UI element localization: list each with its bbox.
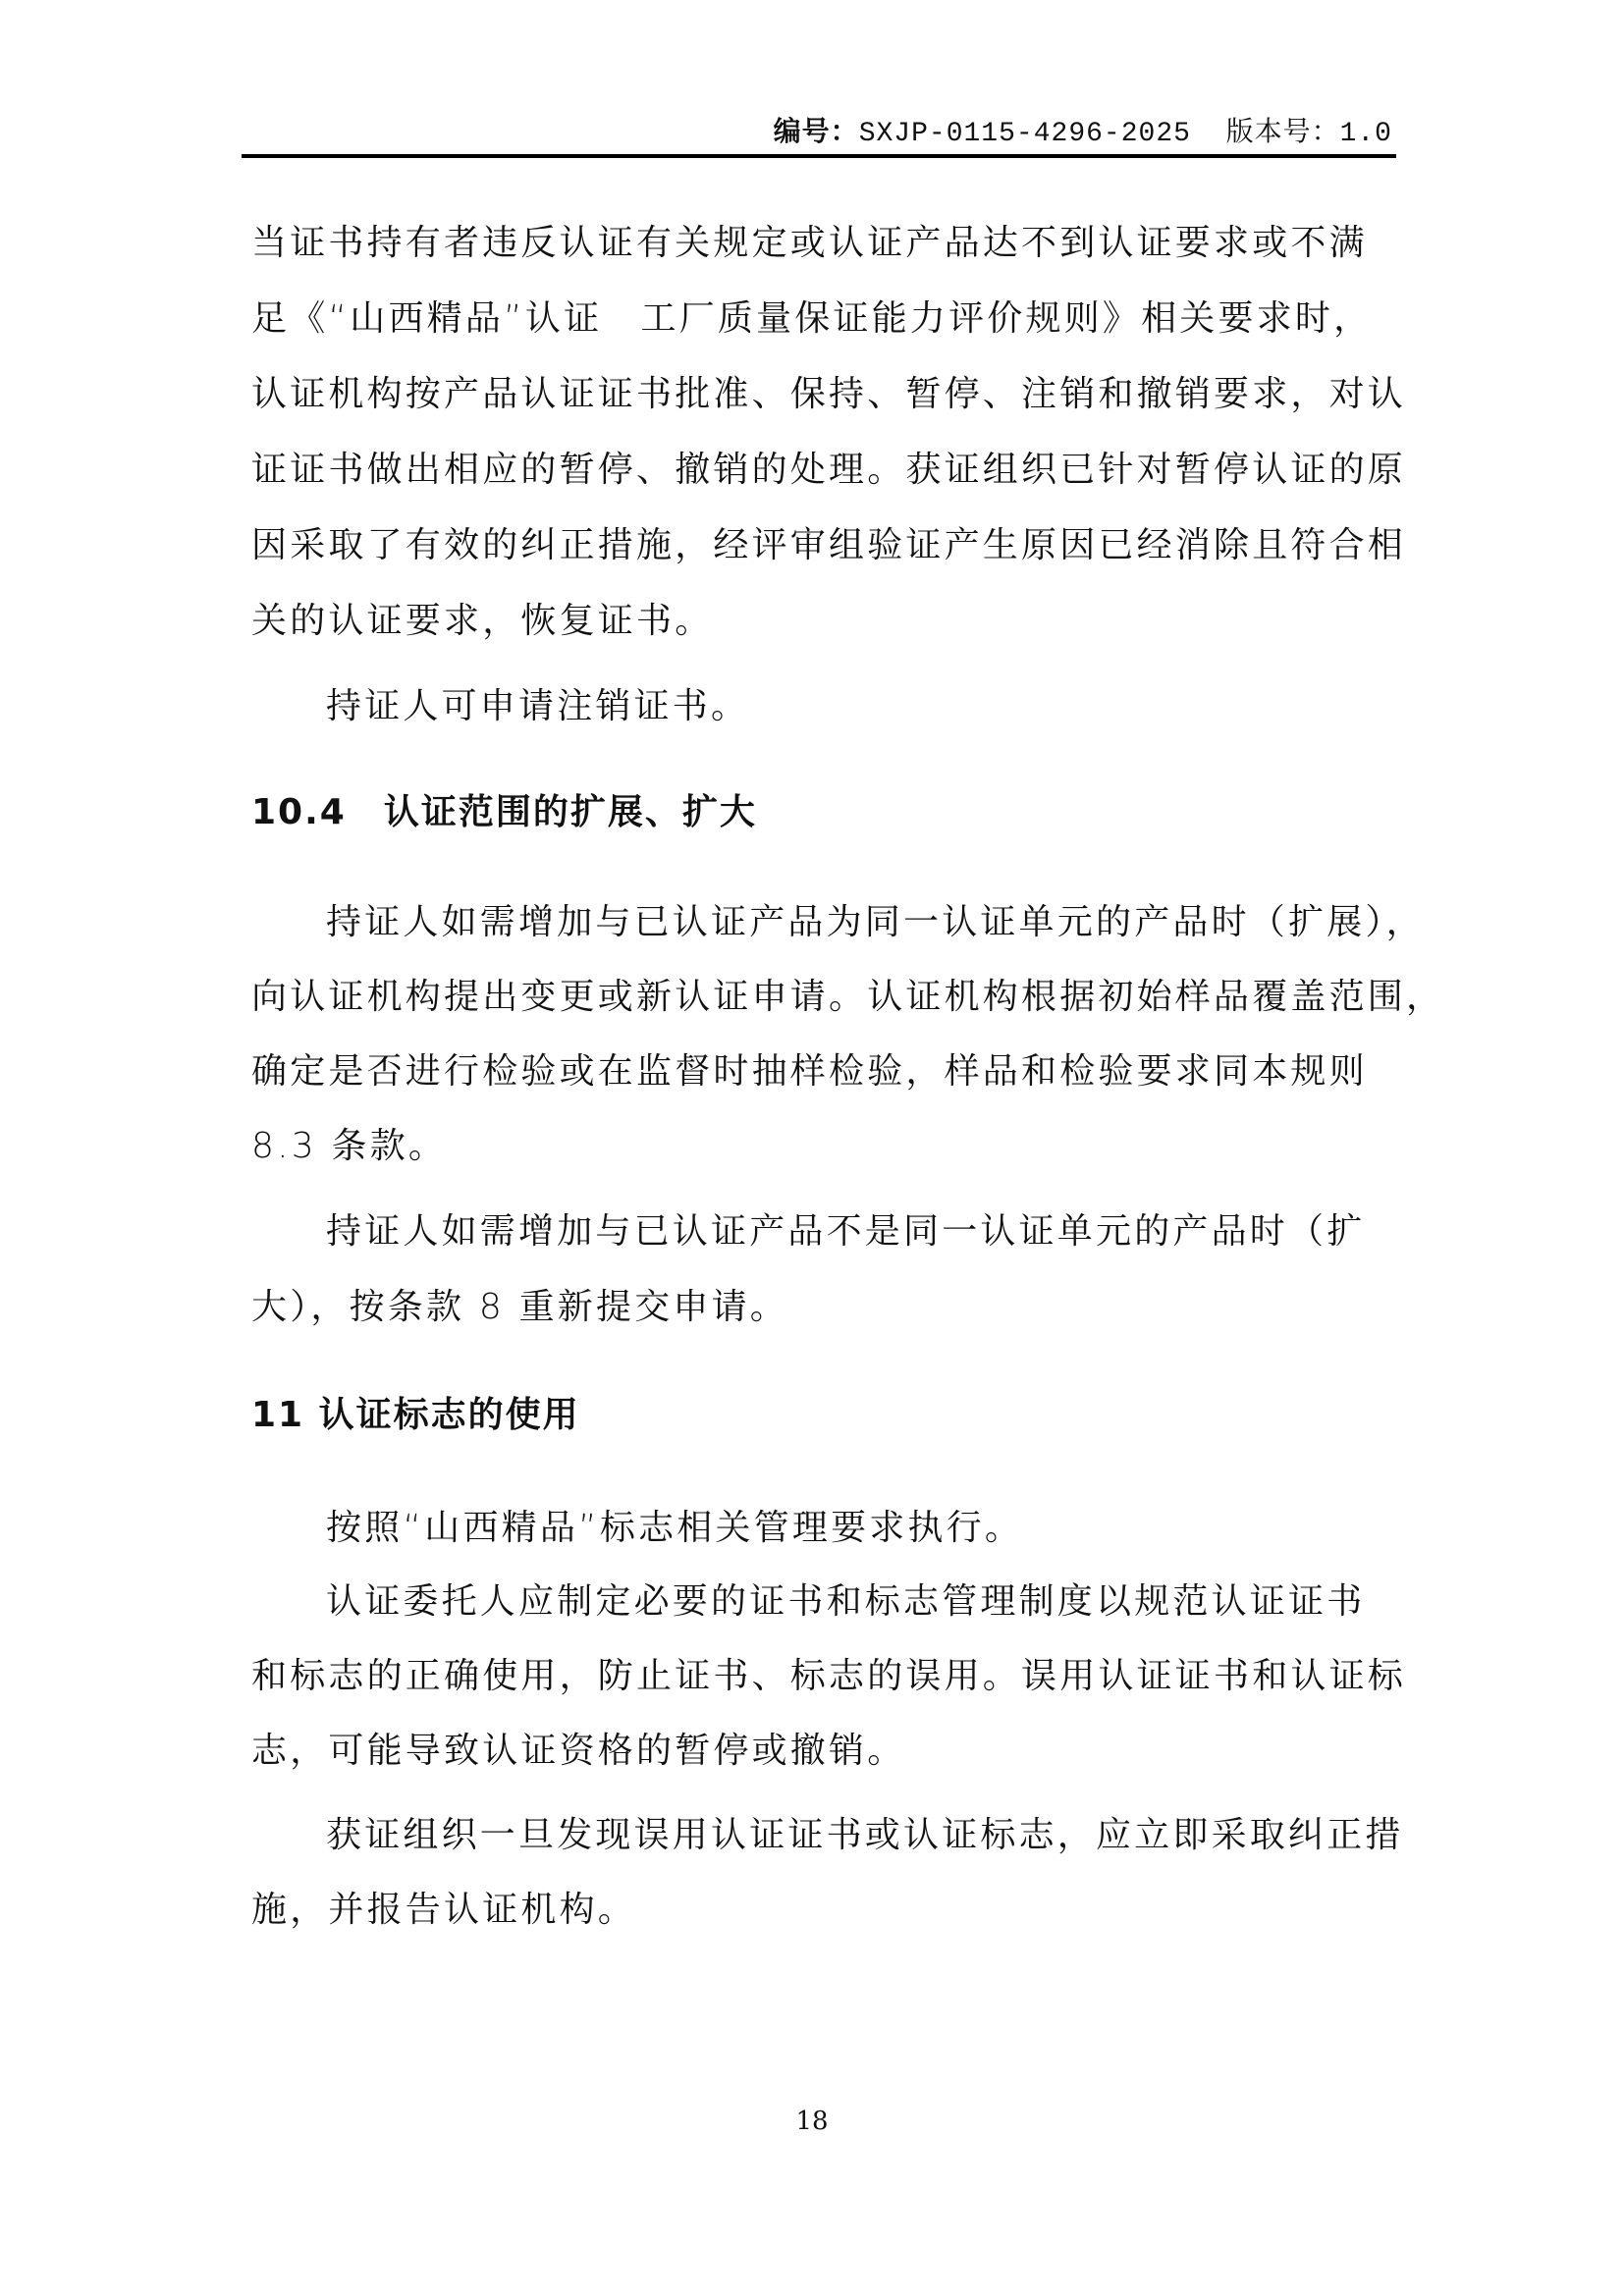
paragraph-line: 因采取了有效的纠正措施，经评审组验证产生原因已经消除且符合相 xyxy=(251,524,1406,567)
section-heading-11: 11 认证标志的使用 xyxy=(251,1394,580,1437)
paragraph-line: 认证机构按产品认证证书批准、保持、暂停、注销和撤销要求，对认 xyxy=(251,373,1406,416)
page-number: 18 xyxy=(0,2107,1624,2136)
paragraph-line: 确定是否进行检验或在监督时抽样检验，样品和检验要求同本规则 xyxy=(251,1050,1368,1094)
paragraph-line: 证证书做出相应的暂停、撤销的处理。获证组织已针对暂停认证的原 xyxy=(251,449,1406,492)
paragraph-line: 关的认证要求，恢复证书。 xyxy=(251,600,713,643)
paragraph-line: 大），按条款 8 重新提交申请。 xyxy=(251,1286,788,1329)
document-page: 编号：SXJP-0115-4296-2025 版本号：1.0 当证书持有者违反认… xyxy=(0,0,1624,2296)
document-header: 编号：SXJP-0115-4296-2025 版本号：1.0 xyxy=(774,110,1392,149)
paragraph-line: 志，可能导致认证资格的暂停或撤销。 xyxy=(251,1730,905,1773)
paragraph-line: 当证书持有者违反认证有关规定或认证产品达不到认证要求或不满 xyxy=(251,222,1368,265)
paragraph-line: 8.3 条款。 xyxy=(251,1125,447,1168)
paragraph-line: 持证人可申请注销证书。 xyxy=(326,685,749,728)
paragraph-line: 和标志的正确使用，防止证书、标志的误用。误用认证证书和认证标 xyxy=(251,1655,1406,1698)
doc-number-value: SXJP-0115-4296-2025 xyxy=(859,119,1191,149)
paragraph-line: 持证人如需增加与已认证产品为同一认证单元的产品时（扩展）， xyxy=(326,901,1425,944)
paragraph-line: 持证人如需增加与已认证产品不是同一认证单元的产品时（扩 xyxy=(326,1210,1365,1254)
version-label: 版本号： xyxy=(1226,115,1340,147)
paragraph-line: 足《“山西精品”认证 工厂质量保证能力评价规则》相关要求时， xyxy=(251,297,1372,341)
paragraph-line: 认证委托人应制定必要的证书和标志管理制度以规范认证证书 xyxy=(326,1580,1365,1624)
version-value: 1.0 xyxy=(1340,119,1392,149)
paragraph-line: 向认证机构提出变更或新认证申请。认证机构根据初始样品覆盖范围， xyxy=(251,976,1444,1019)
header-rule xyxy=(242,154,1396,158)
paragraph-line: 按照“山西精品”标志相关管理要求执行。 xyxy=(326,1507,1023,1550)
section-heading-10-4: 10.4 认证范围的扩展、扩大 xyxy=(251,791,757,834)
paragraph-line: 获证组织一旦发现误用认证证书或认证标志，应立即采取纠正措 xyxy=(326,1814,1404,1857)
paragraph-line: 施，并报告认证机构。 xyxy=(251,1889,636,1932)
doc-number-label: 编号： xyxy=(774,115,859,147)
